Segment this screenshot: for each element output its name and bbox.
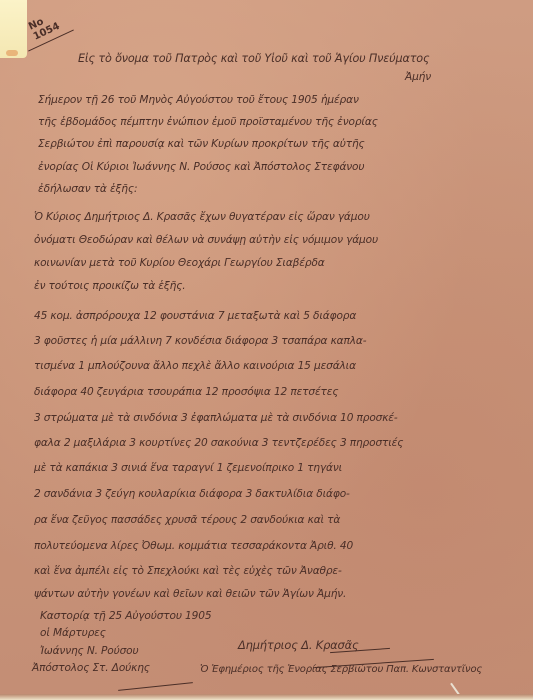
body-line: διάφορα 40 ζευγάρια τσουράπια 12 προσόψι… xyxy=(34,386,338,398)
body-line: φαλα 2 μαξιλάρια 3 κουρτίνες 20 σακούνια… xyxy=(34,437,403,449)
witnesses-label: οἱ Μάρτυρες xyxy=(40,627,106,639)
body-line: 2 σανδάνια 3 ζεύγη κουλαρίκια διάφορα 3 … xyxy=(34,488,350,500)
signatory-signature: Δημήτριος Δ. Κρασᾶς xyxy=(238,638,359,652)
body-line: ἐνορίας Οἱ Κύριοι Ἰωάννης Ν. Ρούσος καὶ … xyxy=(38,161,364,173)
place-date: Καστορίᾳ τῇ 25 Αὐγούστου 1905 xyxy=(40,610,211,622)
body-line: ψάντων αὐτὴν γονέων καὶ θεῖων καὶ θειῶν … xyxy=(34,588,346,600)
body-line: 3 φοῦστες ἡ μία μάλλινη 7 κονδέσια διάφο… xyxy=(34,335,366,347)
body-line: τῆς ἑβδομάδος πέμπτην ἐνώπιον ἐμοῦ προϊσ… xyxy=(38,116,378,128)
body-line: 3 στρώματα μὲ τὰ σινδόνια 3 ἐφαπλώματα μ… xyxy=(34,412,398,424)
witness-name: Ἰωάννης Ν. Ρούσου xyxy=(40,645,138,657)
body-line: ἐν τούτοις προικίζω τὰ ἑξῆς. xyxy=(34,280,186,292)
body-line: ὀνόματι Θεοδώραν καὶ θέλων νὰ συνάψῃ αὐτ… xyxy=(34,234,378,246)
body-line: μὲ τὰ καπάκια 3 σινιά ἕνα ταραγνί 1 ζεμε… xyxy=(34,462,342,474)
body-line: ἐδήλωσαν τὰ ἑξῆς: xyxy=(38,183,137,195)
body-line: Σερβιώτου ἐπὶ παρουσίᾳ καὶ τῶν Κυρίων πρ… xyxy=(38,138,365,150)
body-line: 45 κομ. ἀσπρόρουχα 12 φουστάνια 7 μεταξω… xyxy=(34,310,356,322)
invocation: Εἰς τὸ ὄνομα τοῦ Πατρὸς καὶ τοῦ Υἱοῦ καὶ… xyxy=(78,52,429,65)
body-line: Σήμερον τῇ 26 τοῦ Μηνὸς Αὐγούστου τοῦ ἔτ… xyxy=(38,94,359,106)
priest-signature: Ὁ Ἐφημέριος τῆς Ἐνορίας Σερβιώτου Παπ. Κ… xyxy=(200,664,482,675)
body-line: κοινωνίαν μετὰ τοῦ Κυρίου Θεοχάρι Γεωργί… xyxy=(34,257,325,269)
body-line: Ὁ Κύριος Δημήτριος Δ. Κρασᾶς ἔχων θυγατέ… xyxy=(34,211,370,223)
body-line: τισμένα 1 μπλούζουνα ἄλλο πεχλὲ ἄλλο και… xyxy=(34,360,356,372)
body-line: ρα ἕνα ζεῦγος πασσάδες χρυσᾶ τέρους 2 σα… xyxy=(34,514,340,526)
body-line: πολυτεύομενα λίρες Ὀθωμ. κομμάτια τεσσαρ… xyxy=(34,540,353,552)
amen-heading: Ἀμήν xyxy=(405,71,431,83)
body-line: καὶ ἕνα ἀμπέλι εἰς τὸ Σπεχλούκι καὶ τὲς … xyxy=(34,565,342,577)
paper-bottom-edge xyxy=(0,694,533,700)
witness-name: Ἀπόστολος Στ. Δούκης xyxy=(32,662,150,674)
paper-tab xyxy=(0,0,27,58)
